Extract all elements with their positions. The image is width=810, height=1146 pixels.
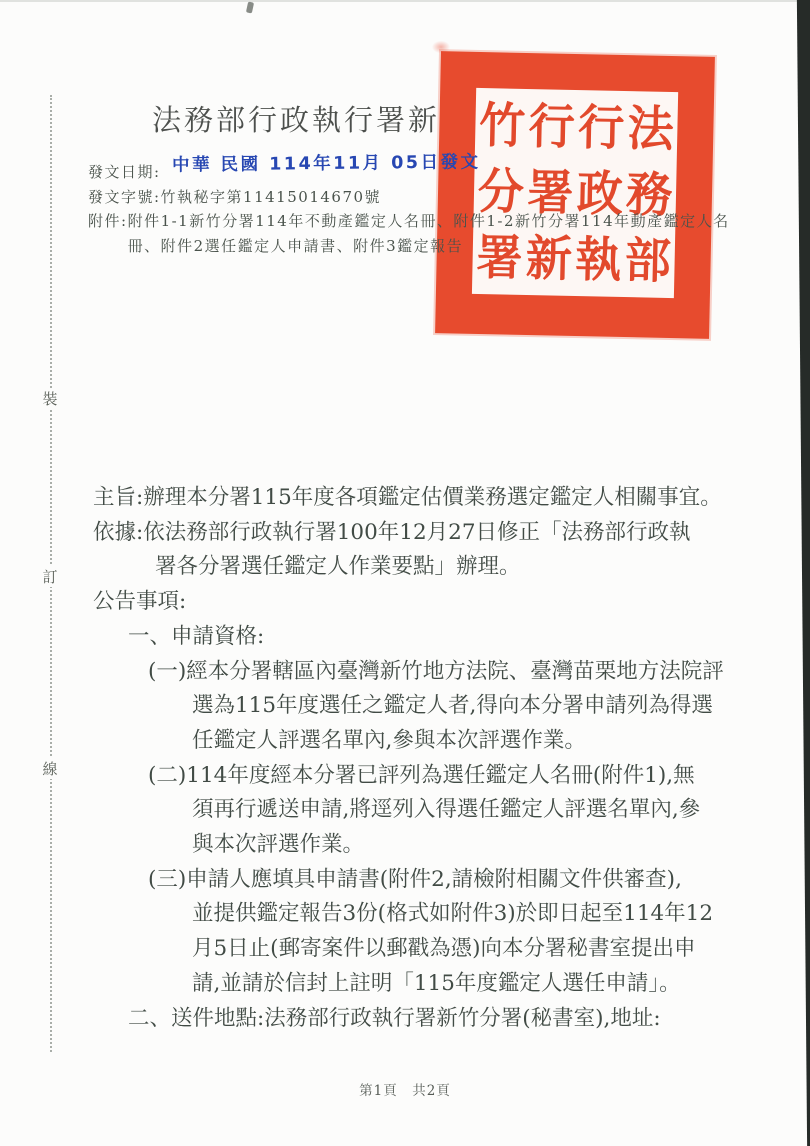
seal-char: 行 xyxy=(577,93,624,161)
attachment-lines: 附件1-1新竹分署114年不動產鑑定人名冊、附件1-2新竹分署114年動產鑑定人… xyxy=(128,209,730,258)
body-line-item1-2a: (二)114年度經本分署已評列為選任鑑定人名冊(附件1),無 xyxy=(93,759,741,794)
body-line-item1-3d: 請,並請於信封上註明「115年度鑑定人選任申請」。 xyxy=(93,967,741,1002)
seal-char: 行 xyxy=(528,92,575,160)
page-number-footer: 第1頁 共2頁 xyxy=(0,1079,810,1099)
binding-char-zhuang: 裝 xyxy=(34,388,66,409)
body-line-item1-header: 一、申請資格: xyxy=(93,620,741,655)
body-line-item1-2b: 須再行遞送申請,將逕列入得選任鑑定人評選名單內,參 xyxy=(93,793,741,828)
body-line-item1-1b: 選為115年度選任之鑑定人者,得向本分署申請列為得選 xyxy=(93,689,741,724)
attachments-block: 附件: 附件1-1新竹分署114年不動產鑑定人名冊、附件1-2新竹分署114年動… xyxy=(88,209,730,258)
attachment-line-2: 冊、附件2選任鑑定人申請書、附件3鑑定報告 xyxy=(128,234,730,259)
body-line-item1-1a: (一)經本分署轄區內臺灣新竹地方法院、臺灣苗栗地方法院評 xyxy=(93,655,741,690)
scan-top-edge xyxy=(0,0,810,2)
attachment-label: 附件: xyxy=(88,209,128,258)
body-line-item1-1c: 任鑑定人評選名單內,參與本次評選作業。 xyxy=(93,724,741,759)
body-line-basis-1: 依據:依法務部行政執行署100年12月27日修正「法務部行政執 xyxy=(93,516,741,551)
body-line-subject: 主旨:辦理本分署115年度各項鑑定估價業務選定鑑定人相關事宜。 xyxy=(93,481,741,516)
doc-number-line: 發文字號:竹執秘字第11415014670號 xyxy=(88,185,730,210)
body-line-basis-2: 署各分署選任鑑定人作業要點」辦理。 xyxy=(93,550,741,585)
announcement-body: 主旨:辦理本分署115年度各項鑑定估價業務選定鑑定人相關事宜。 依據:依法務部行… xyxy=(93,481,741,1036)
binding-char-xian: 線 xyxy=(34,758,66,779)
body-line-item1-2c: 與本次評選作業。 xyxy=(93,828,741,863)
body-line-items-header: 公告事項: xyxy=(93,585,741,620)
binding-char-ding: 訂 xyxy=(34,566,66,587)
body-line-item1-3b: 並提供鑑定報告3份(格式如附件3)於即日起至114年12 xyxy=(93,897,741,932)
seal-char: 竹 xyxy=(478,91,525,159)
body-line-item1-3a: (三)申請人應填具申請書(附件2,請檢附相關文件供審查), xyxy=(93,863,741,898)
seal-char: 法 xyxy=(627,94,674,162)
body-line-item2: 二、送件地點:法務部行政執行署新竹分署(秘書室),地址: xyxy=(93,1002,741,1037)
scanned-announcement-page: 檔 號: 保存年限: 法務部行政執行署新竹分署 公告 法 務 部 行 政 執 行… xyxy=(0,0,810,1146)
scan-speck xyxy=(246,1,254,13)
attachment-line-1: 附件1-1新竹分署114年不動產鑑定人名冊、附件1-2新竹分署114年動產鑑定人… xyxy=(128,209,730,234)
scan-right-edge xyxy=(794,0,810,1146)
body-line-item1-3c: 月5日止(郵寄案件以郵戳為憑)向本分署秘書室提出申 xyxy=(93,932,741,967)
received-date-stamp: 中華 民國 114年11月 05日發文 xyxy=(172,148,481,176)
